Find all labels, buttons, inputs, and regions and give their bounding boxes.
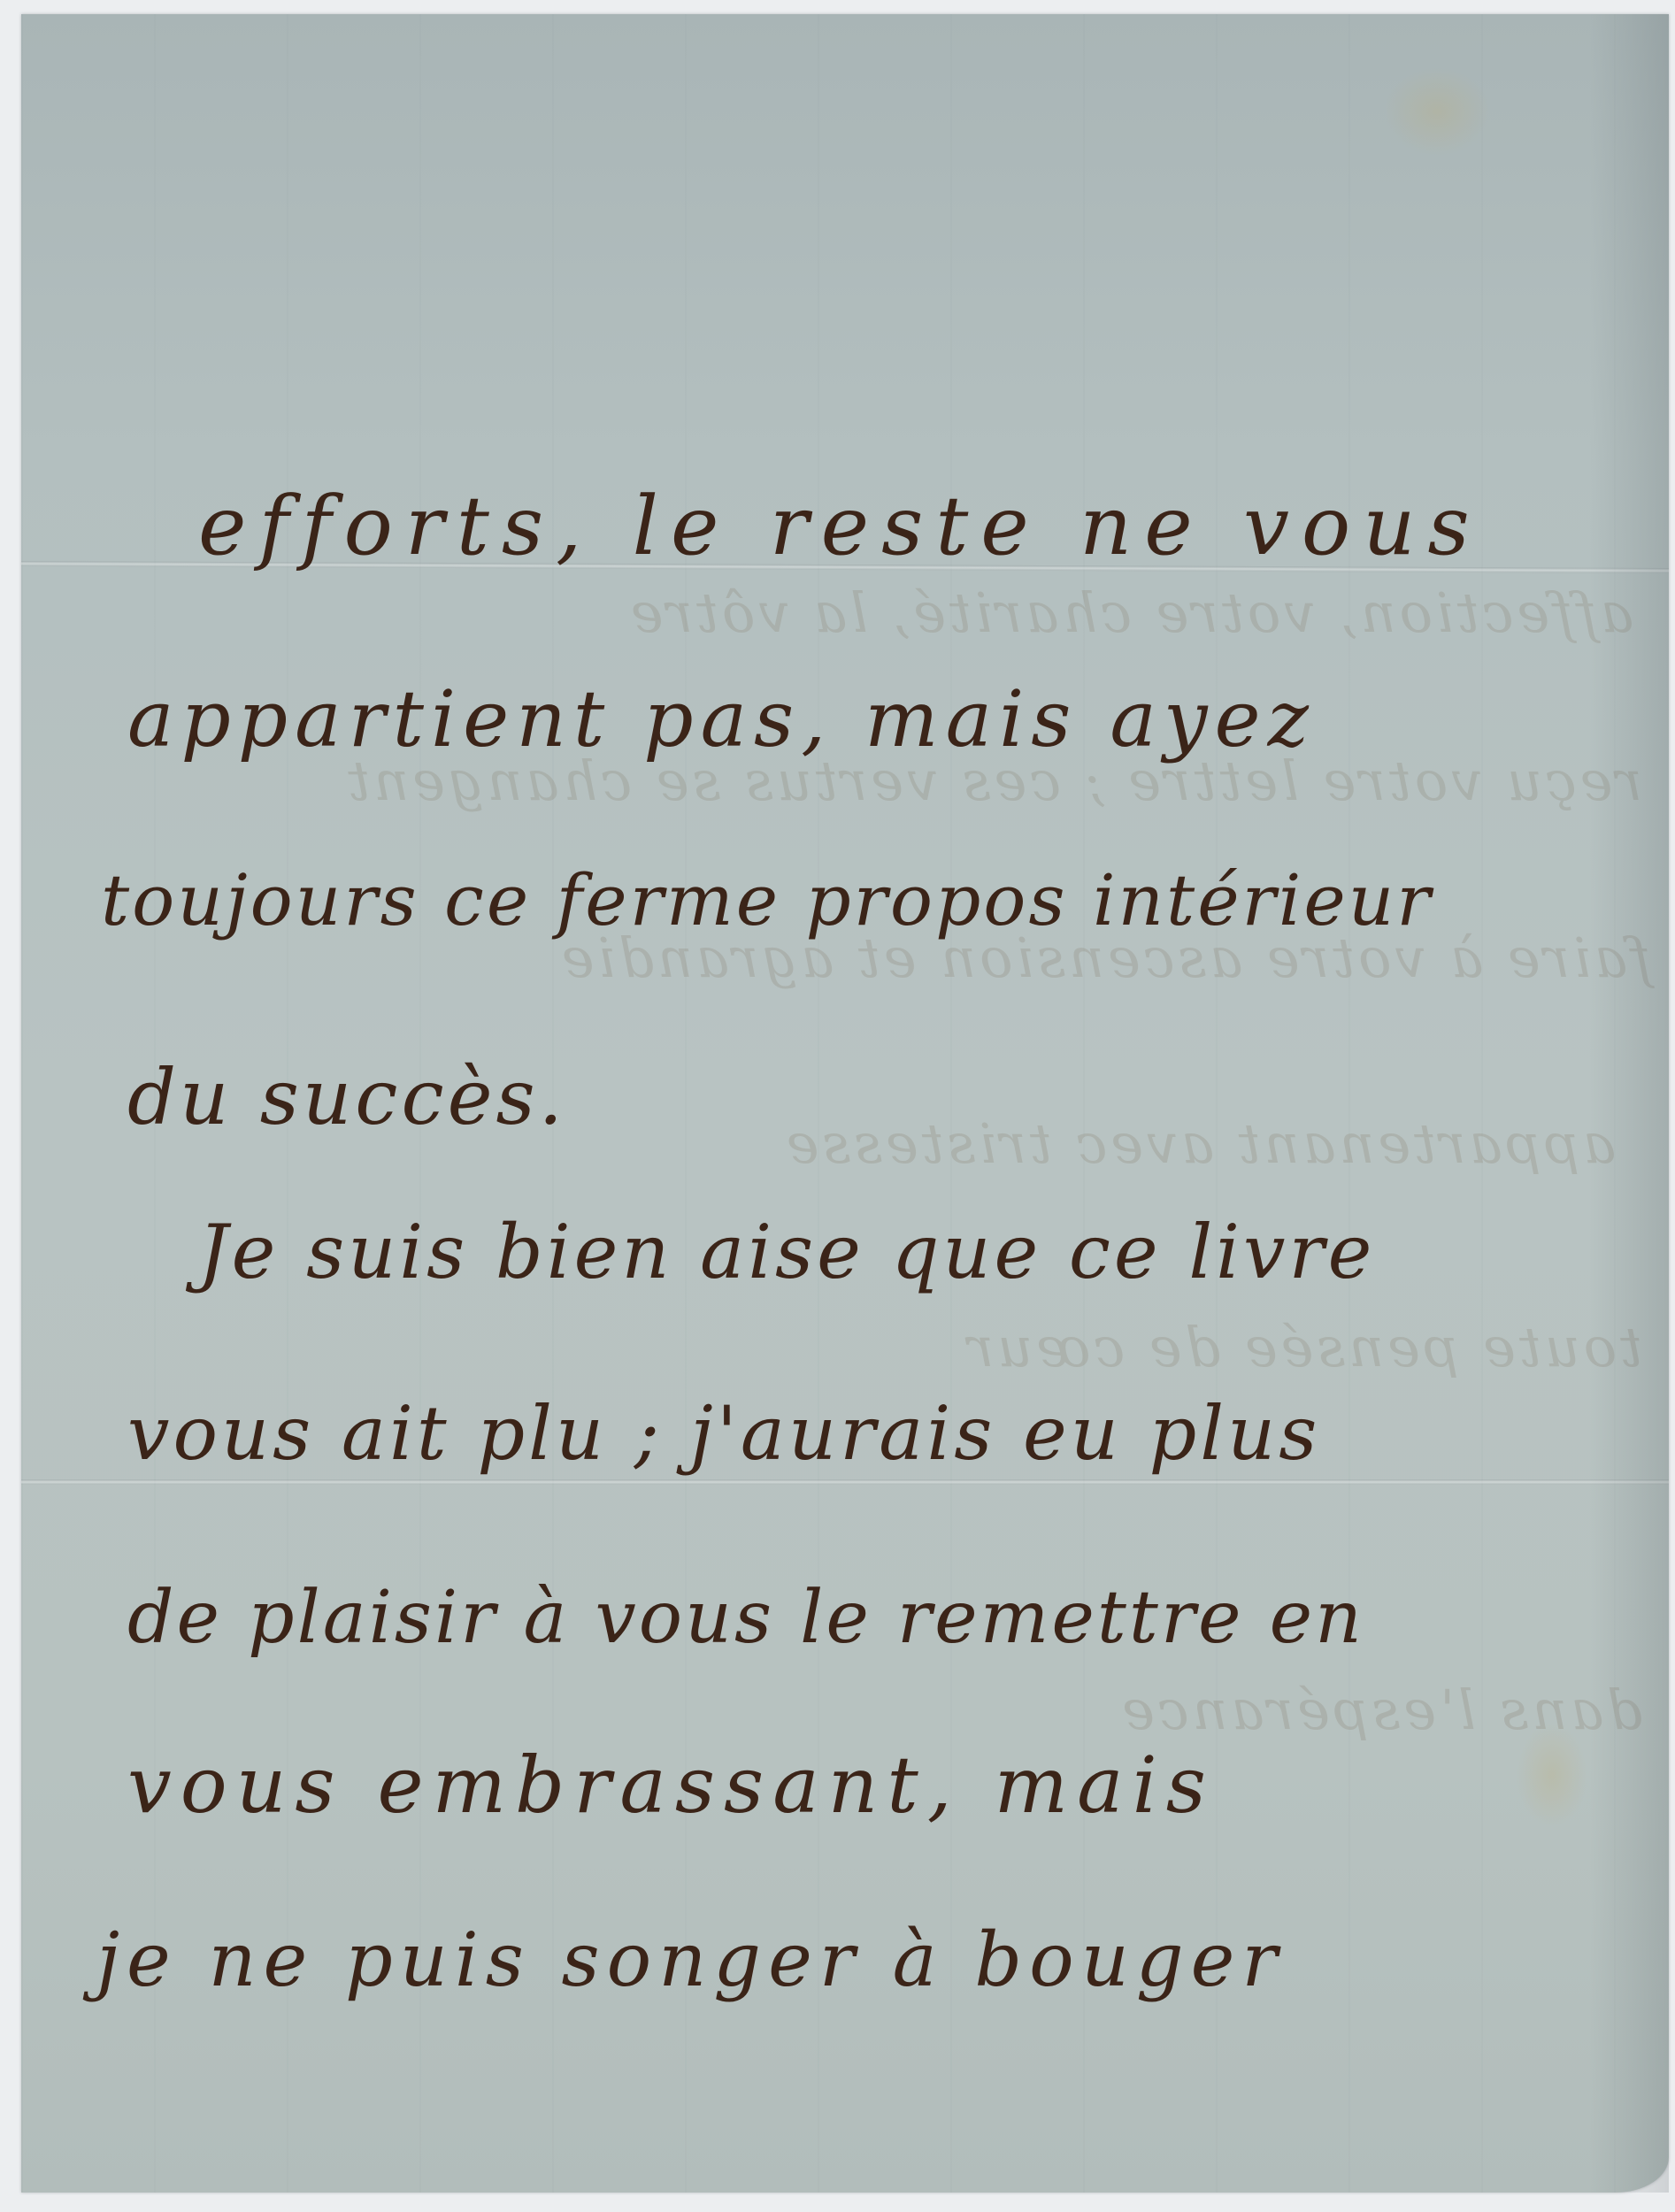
bleed-through-text: toute pensée de cœur: [0, 1315, 1642, 1379]
bleed-through-text: affection, votre charité, la vôtre: [0, 580, 1633, 645]
handwritten-line-2: appartient pas, mais ayez: [127, 673, 1316, 764]
handwritten-line-9: je ne puis songer à bouger: [96, 1916, 1285, 2003]
handwritten-line-3: toujours ce ferme propos intérieur: [101, 859, 1433, 941]
fold-line-lower: [21, 1479, 1669, 1485]
handwritten-line-8: vous embrassant, mais: [127, 1740, 1215, 1831]
paper-stain: [1384, 67, 1490, 156]
handwritten-line-4: du succès.: [127, 1054, 566, 1142]
letter-paper: affection, votre charité, la vôtre reçu …: [21, 14, 1669, 2193]
bleed-through-text: dans l'espérance: [0, 1678, 1642, 1742]
handwritten-line-6: vous ait plu ; j'aurais eu plus: [127, 1390, 1320, 1477]
handwritten-line-5: Je suis bien aise que ce livre: [198, 1209, 1375, 1295]
handwritten-line-7: de plaisir à vous le remettre en: [127, 1576, 1364, 1660]
handwritten-line-1: efforts, le reste ne vous: [198, 479, 1482, 573]
